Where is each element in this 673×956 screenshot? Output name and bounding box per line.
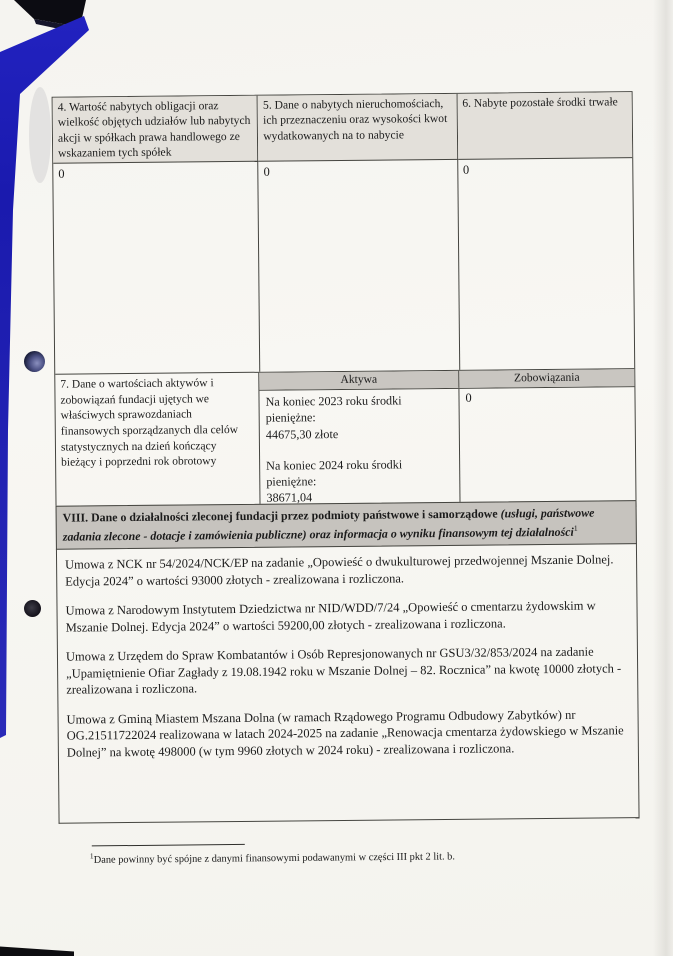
assets-table: 4. Wartość nabytych obligacji oraz wielk… [52,91,637,512]
section-viii-body: Umowa z NCK nr 54/2024/NCK/EP na zadanie… [56,543,640,824]
aktywa-2023-label: Na koniec 2023 roku środki pieniężne: [265,392,452,426]
col4-header-cell: 4. Wartość nabytych obligacji oraz wielk… [53,96,259,164]
zobowiazania-header-cell: Zobowiązania [459,369,634,388]
contract-paragraph-nid: Umowa z Narodowym Instytutem Dziedzictwa… [65,597,626,635]
table-value-row: 0 0 0 [53,158,634,374]
section-viii-header: VIII. Dane o działalności zleconej funda… [56,500,637,550]
aktywa-2023-value: 44675,30 złote [266,425,453,443]
scanned-page: 4. Wartość nabytych obligacji oraz wielk… [0,0,673,956]
section-viii-footnote-ref: 1 [574,524,578,533]
aktywa-header-cell: Aktywa [259,371,459,390]
footnote: 1Dane powinny być spójne z danymi finans… [90,847,530,867]
table-header-row: 4. Wartość nabytych obligacji oraz wielk… [53,92,633,164]
row7-values-row: Na koniec 2023 roku środki pieniężne: 44… [259,387,635,509]
contract-paragraph-gmina: Umowa z Gminą Miastem Mszana Dolna (w ra… [66,706,627,761]
col5-value-cell: 0 [259,160,460,372]
footnote-rule [92,844,245,846]
aktywa-2024-label: Na koniec 2024 roku środki pieniężne: [266,456,453,490]
row7-label-cell: 7. Dane o wartościach aktywów i zobowiąz… [55,373,260,511]
col4-value-cell: 0 [53,162,260,374]
section-viii-title-bold: VIII. Dane o działalności zleconej funda… [63,506,501,524]
contract-paragraph-kombatanci: Umowa z Urzędem do Spraw Kombatantów i O… [66,643,627,698]
col6-header-cell: 6. Nabyte pozostałe środki trwałe [457,92,632,160]
row7: 7. Dane o wartościach aktywów i zobowiąz… [55,368,635,511]
row7-right-block: Aktywa Zobowiązania Na koniec 2023 roku … [259,369,635,509]
document-content: 4. Wartość nabytych obligacji oraz wielk… [0,0,673,956]
contract-paragraph-nck: Umowa z NCK nr 54/2024/NCK/EP na zadanie… [65,551,626,589]
footnote-text: Dane powinny być spójne z danymi finanso… [94,851,455,865]
col6-value-cell: 0 [458,158,634,370]
col5-header-cell: 5. Dane o nabytych nieruchomościach, ich… [258,94,458,162]
zobowiazania-value-cell: 0 [459,387,635,507]
aktywa-value-cell: Na koniec 2023 roku środki pieniężne: 44… [259,389,460,509]
